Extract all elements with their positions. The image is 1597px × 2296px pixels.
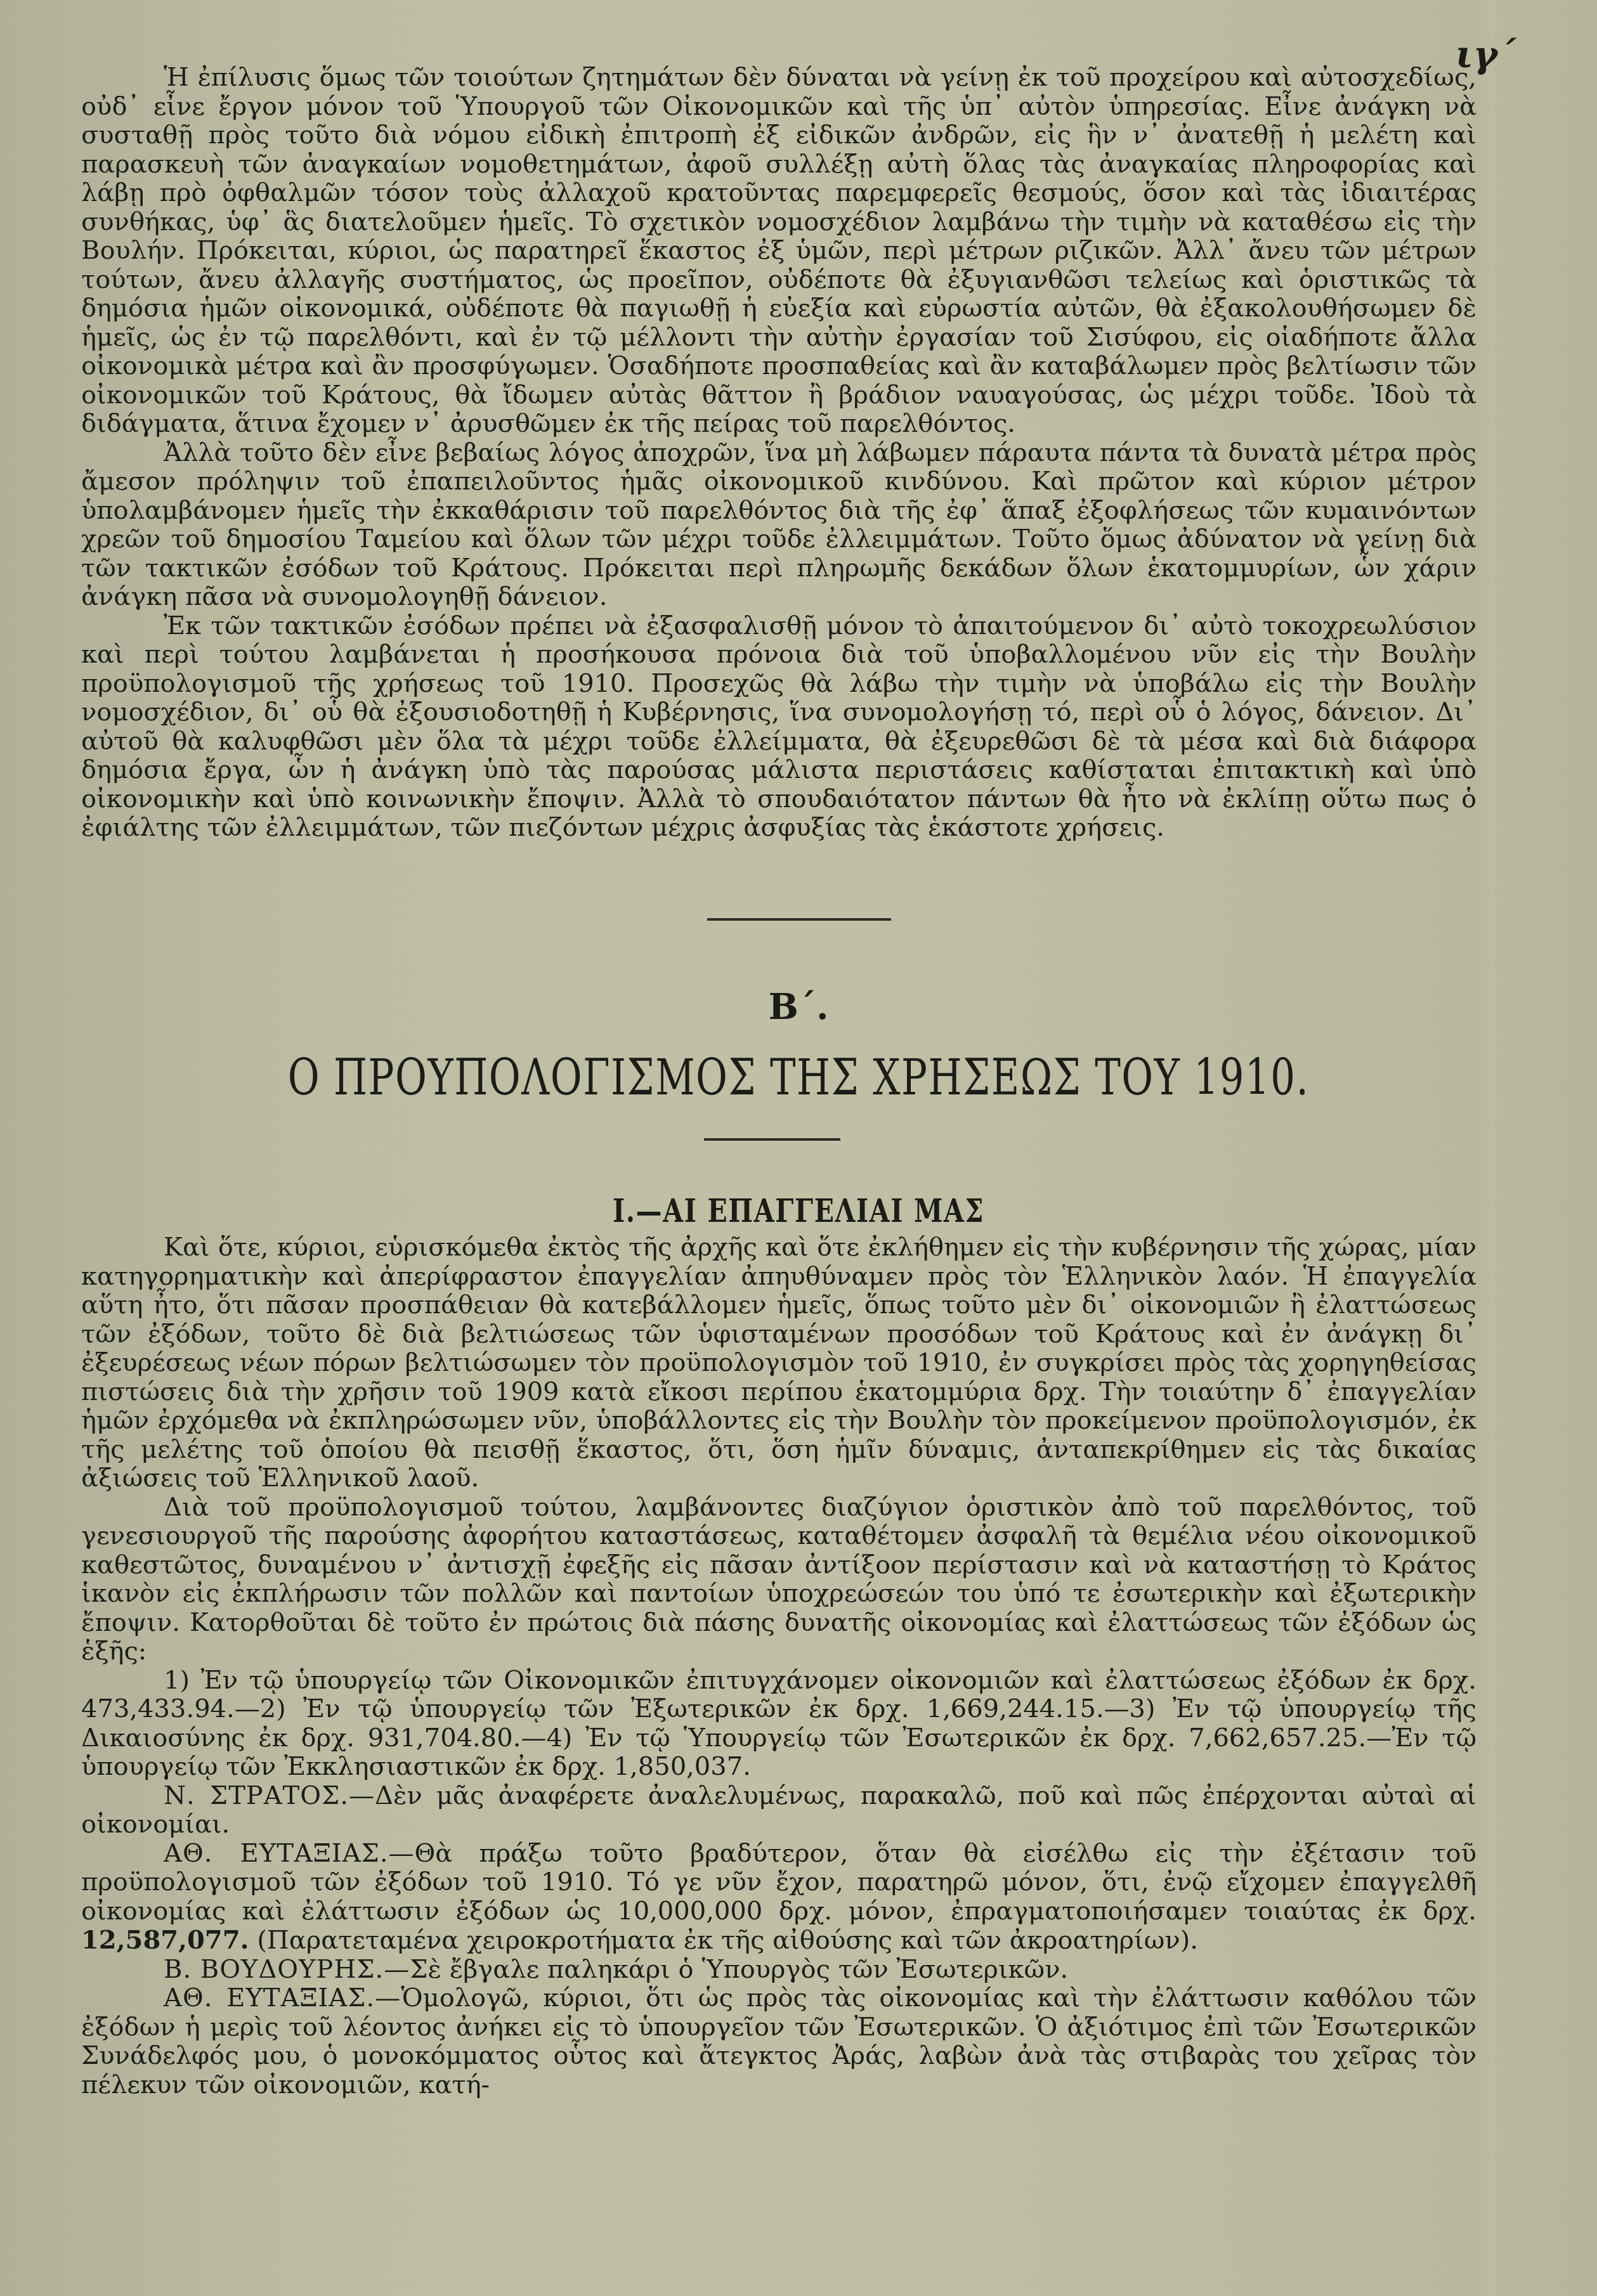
speech-text: (Παρατεταμένα χειροκροτήματα ἐκ τῆς αἰθο…	[249, 1926, 1198, 1955]
title-divider	[704, 1138, 840, 1141]
paragraph: Ἐκ τῶν τακτικῶν ἐσόδων πρέπει νὰ ἐξασφαλ…	[81, 612, 1476, 843]
section-divider	[707, 918, 891, 921]
dialogue-entry: ΑΘ. ΕΥΤΑΞΙΑΣ.—Θὰ πράξω τοῦτο βραδύτερον,…	[81, 1839, 1476, 1955]
speaker-name: Β. ΒΟΥΔΟΥΡΗΣ.—	[164, 1955, 410, 1984]
dialogue-entry: Ν. ΣΤΡΑΤΟΣ.—Δὲν μᾶς ἀναφέρετε ἀναλελυμέν…	[81, 1782, 1476, 1839]
speaker-name: Ν. ΣΤΡΑΤΟΣ.—	[164, 1781, 375, 1810]
paragraph: Ἡ ἐπίλυσις ὅμως τῶν τοιούτων ζητημάτων δ…	[81, 63, 1476, 439]
page-fold-shadow	[1478, 0, 1503, 2296]
paragraph: Καὶ ὅτε, κύριοι, εὑρισκόμεθα ἐκτὸς τῆς ἀ…	[81, 1233, 1476, 1493]
paragraph: Ἀλλὰ τοῦτο δὲν εἶνε βεβαίως λόγος ἀποχρῶ…	[81, 439, 1476, 612]
speaker-name: ΑΘ. ΕΥΤΑΞΙΑΣ.—	[164, 1983, 401, 2013]
paragraph: 1) Ἐν τῷ ὑπουργείῳ τῶν Οἰκονομικῶν ἐπιτυ…	[81, 1666, 1476, 1782]
speaker-name: ΑΘ. ΕΥΤΑΞΙΑΣ.—	[164, 1839, 415, 1868]
section-title: Ο ΠΡΟΥΠΟΛΟΓΙΣΜΟΣ ΤΗΣ ΧΡΗΣΕΩΣ ΤΟΥ 1910.	[176, 1049, 1421, 1106]
speech-text: Σὲ ἔβγαλε παληκάρι ὁ Ὑπουργὸς τῶν Ἐσωτερ…	[410, 1955, 1068, 1984]
paragraph: Διὰ τοῦ προϋπολογισμοῦ τούτου, λαμβάνοντ…	[81, 1493, 1476, 1666]
subsection-title: Ι.—ΑΙ ΕΠΑΓΓΕΛΙΑΙ ΜΑΣ	[144, 1192, 1454, 1229]
scanned-page: ιγ΄ Ἡ ἐπίλυσις ὅμως τῶν τοιούτων ζητημάτ…	[0, 0, 1597, 2296]
dialogue-entry: ΑΘ. ΕΥΤΑΞΙΑΣ.—Ὁμολογῶ, κύριοι, ὅτι ὡς πρ…	[81, 1984, 1476, 2099]
dialogue-entry: Β. ΒΟΥΔΟΥΡΗΣ.—Σὲ ἔβγαλε παληκάρι ὁ Ὑπουρ…	[81, 1955, 1476, 1985]
intro-text-block: Ἡ ἐπίλυσις ὅμως τῶν τοιούτων ζητημάτων δ…	[81, 63, 1476, 843]
body-text-block: Καὶ ὅτε, κύριοι, εὑρισκόμεθα ἐκτὸς τῆς ἀ…	[81, 1233, 1476, 2099]
savings-total: 12,587,077.	[81, 1925, 249, 1955]
section-letter: Β΄.	[0, 986, 1597, 1028]
